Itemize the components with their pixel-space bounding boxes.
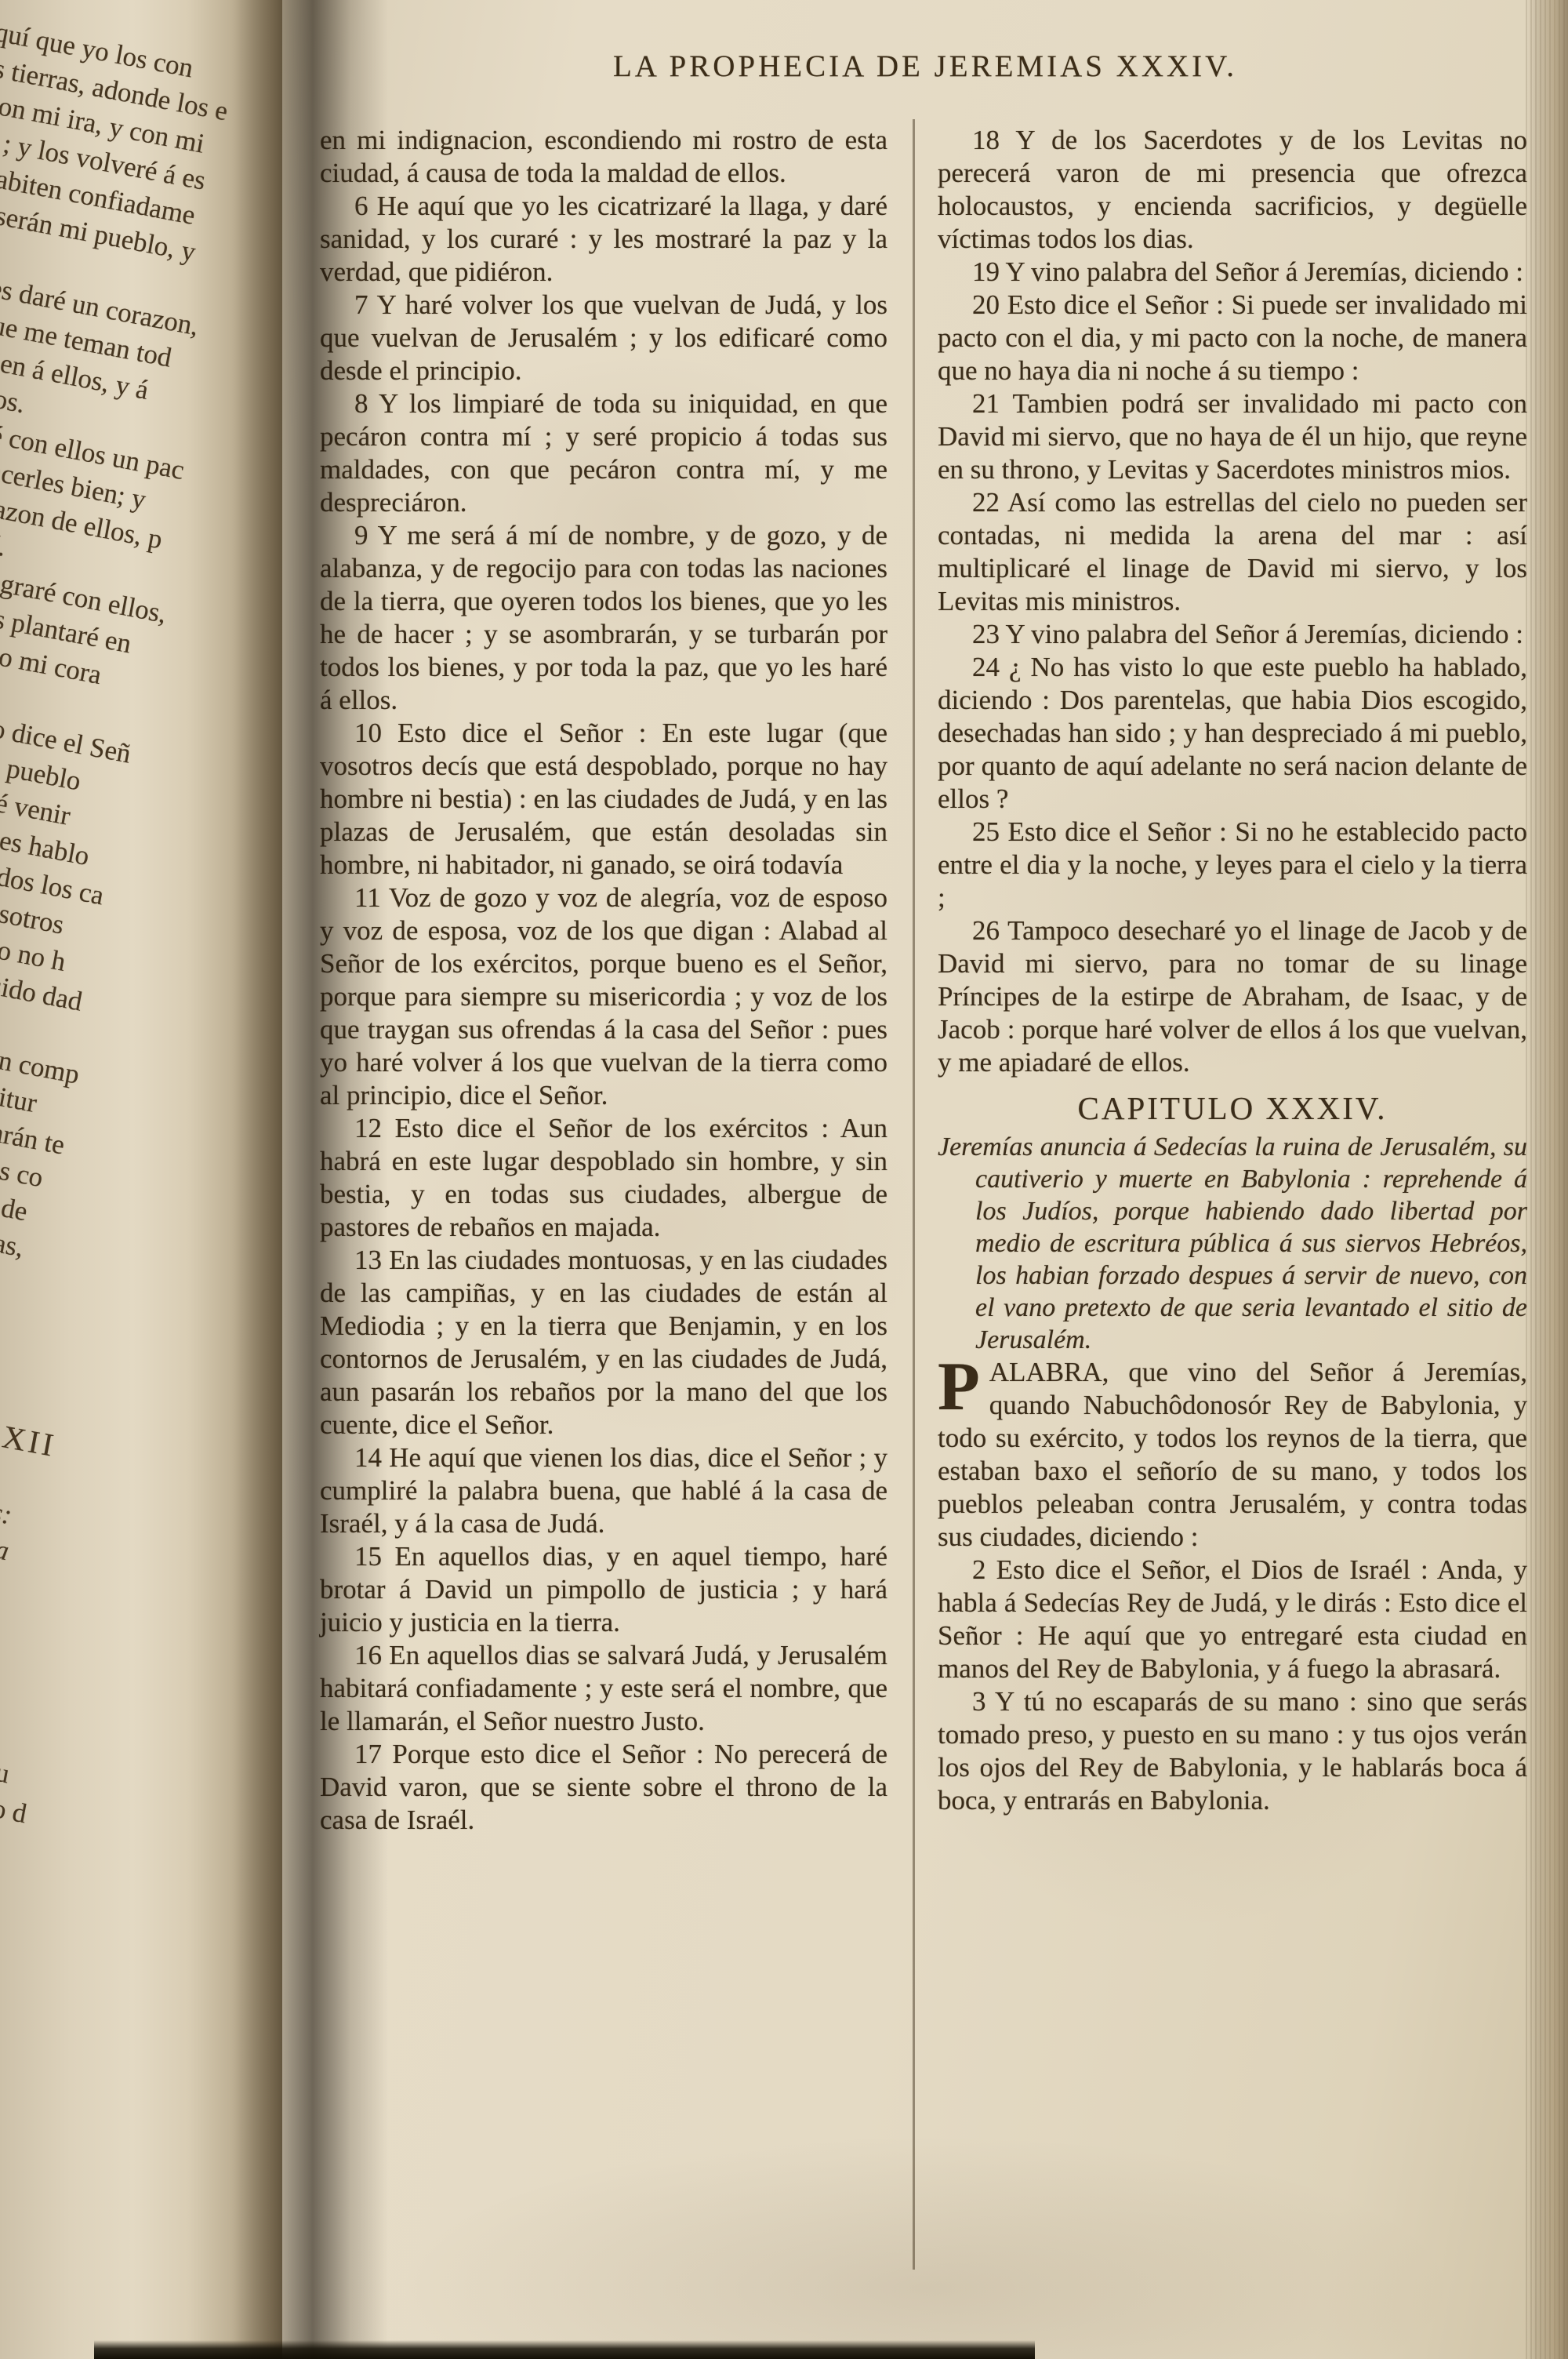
- verse-paragraph: 12 Esto dice el Señor de los exércitos :…: [320, 1112, 887, 1244]
- verse-paragraph: 19 Y vino palabra del Señor á Jeremías, …: [938, 256, 1527, 289]
- verse-paragraph: 3 Y tú no escaparás de su mano : sino qu…: [938, 1685, 1527, 1817]
- verse-paragraph: 2 Esto dice el Señor, el Dios de Israél …: [938, 1554, 1527, 1685]
- verse-paragraph: 15 En aquellos dias, y en aquel tiempo, …: [320, 1540, 887, 1639]
- verse-paragraph: 7 Y haré volver los que vuelvan de Judá,…: [320, 289, 887, 387]
- verse-paragraph: 6 He aquí que yo les cicatrizaré la llag…: [320, 190, 887, 289]
- verse-paragraph: 16 En aquellos dias se salvará Judá, y J…: [320, 1639, 887, 1738]
- chapter-heading: CAPITULO XXXIV.: [938, 1092, 1527, 1125]
- column-2: 18 Y de los Sacerdotes y de los Levitas …: [938, 124, 1527, 1817]
- verse-paragraph: 20 Esto dice el Señor : Si puede ser inv…: [938, 289, 1527, 387]
- verse-paragraph: 24 ¿ No has visto lo que este pueblo ha …: [938, 651, 1527, 816]
- verse-paragraph: 21 Tambien podrá ser invalidado mi pacto…: [938, 387, 1527, 486]
- column-1: en mi indignacion, escondiendo mi rostro…: [320, 124, 887, 1837]
- drop-cap-initial: P: [938, 1356, 989, 1416]
- chapter-summary: Jeremías anuncia á Sedecías la ruina de …: [938, 1131, 1527, 1356]
- verse-paragraph: PALABRA, que vino del Señor á Jeremías, …: [938, 1356, 1527, 1554]
- book-photo: He aquí que yo los conlas las tierras, a…: [0, 0, 1568, 2359]
- left-page: He aquí que yo los conlas las tierras, a…: [0, 0, 329, 2359]
- verse-paragraph: 14 He aquí que vienen los dias, dice el …: [320, 1441, 887, 1540]
- verse-paragraph: 17 Porque esto dice el Señor : No perece…: [320, 1738, 887, 1837]
- verse-paragraph: 22 Así como las estrellas del cielo no p…: [938, 486, 1527, 618]
- verse-paragraph: en mi indignacion, escondiendo mi rostro…: [320, 124, 887, 190]
- verse-paragraph: 13 En las ciudades montuosas, y en las c…: [320, 1244, 887, 1441]
- column-divider-rule: [913, 119, 915, 2270]
- verse-paragraph: 26 Tampoco desecharé yo el linage de Jac…: [938, 914, 1527, 1079]
- verse-paragraph: 8 Y los limpiaré de toda su iniquidad, e…: [320, 387, 887, 519]
- verse-paragraph: 11 Voz de gozo y voz de alegría, voz de …: [320, 881, 887, 1112]
- page-header-title: LA PROPHECIA DE JEREMIAS XXXIV.: [314, 49, 1537, 84]
- verse-paragraph: 23 Y vino palabra del Señor á Jeremías, …: [938, 618, 1527, 651]
- verse-paragraph: 18 Y de los Sacerdotes y de los Levitas …: [938, 124, 1527, 256]
- verse-paragraph: 25 Esto dice el Señor : Si no he estable…: [938, 816, 1527, 914]
- verse-paragraph: 9 Y me será á mí de nombre, y de gozo, y…: [320, 519, 887, 717]
- verse-paragraph: 10 Esto dice el Señor : En este lugar (q…: [320, 717, 887, 881]
